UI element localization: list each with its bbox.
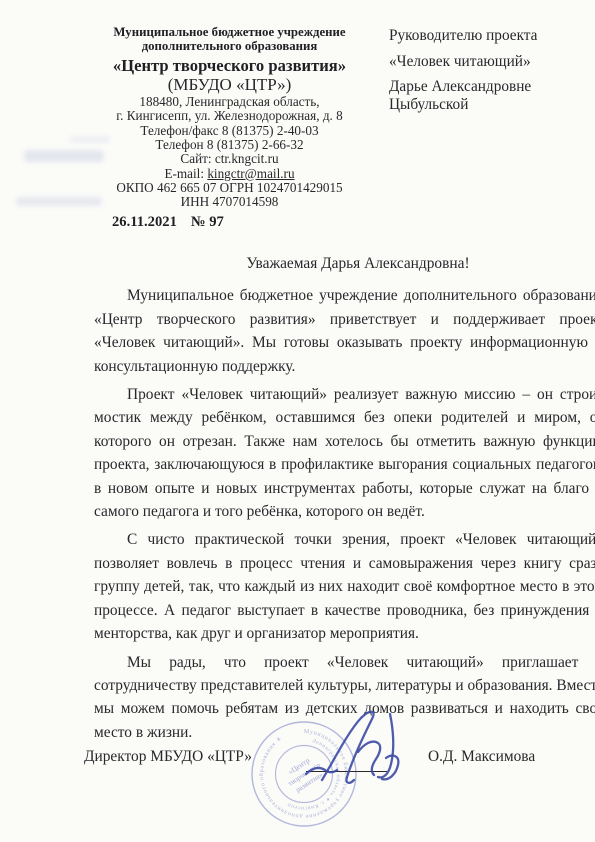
recipient-name: Дарье Александровне Цыбульской: [389, 78, 564, 114]
signer-name: О.Д. Максимова: [428, 748, 535, 766]
salutation: Уважаемая Дарья Александровна!: [94, 252, 595, 275]
signature-stroke: [358, 742, 380, 775]
phone-line: Телефон 8 (81375) 2-66-32: [62, 138, 397, 152]
recipient-block: Руководителю проекта «Человек читающий» …: [389, 27, 589, 114]
letterhead: Муниципальное бюджетное учреждение допол…: [62, 26, 397, 231]
recipient-role: Руководителю проекта: [389, 27, 589, 45]
letter-body: Уважаемая Дарья Александровна! Муниципал…: [94, 252, 595, 749]
org-line1: Муниципальное бюджетное учреждение: [62, 26, 397, 40]
address-line2: г. Кингисепп, ул. Железнодорожная, д. 8: [62, 109, 397, 123]
org-line2: дополнительного образования: [62, 40, 397, 54]
letter-date: 26.11.2021: [112, 214, 177, 230]
okpo-ogrn-line: ОКПО 462 665 07 ОГРН 1024701429015: [62, 181, 397, 195]
address-line1: 188480, Ленинградская область,: [62, 95, 397, 109]
body-paragraph-2: Проект «Человек читающий» реализует важн…: [94, 383, 595, 523]
body-paragraph-3: С чисто практической точки зрения, проек…: [94, 528, 595, 645]
scanned-letter-page: { "letterhead": { "org_line1": "Муниципа…: [0, 0, 595, 842]
org-short-name: (МБУДО «ЦТР»): [62, 75, 397, 95]
inn-line: ИНН 4707014598: [62, 195, 397, 209]
letter-number: № 97: [191, 214, 224, 230]
body-paragraph-1: Муниципальное бюджетное учреждение допол…: [94, 284, 595, 378]
signature-stroke: [306, 768, 337, 774]
date-number-row: 26.11.2021№ 97: [62, 214, 397, 231]
email-address: kingctr@mail.ru: [207, 166, 294, 181]
site-line: Сайт: ctr.kngcit.ru: [62, 152, 397, 166]
phone-fax-line: Телефон/факс 8 (81375) 2-40-03: [62, 124, 397, 138]
email-label: E-mail:: [164, 166, 207, 181]
org-name: «Центр творческого развития»: [62, 56, 397, 75]
recipient-project: «Человек читающий»: [389, 53, 589, 71]
handwritten-signature: [298, 698, 418, 798]
signer-position: Директор МБУДО «ЦТР»: [84, 748, 252, 766]
email-line: E-mail: kingctr@mail.ru: [62, 167, 397, 181]
